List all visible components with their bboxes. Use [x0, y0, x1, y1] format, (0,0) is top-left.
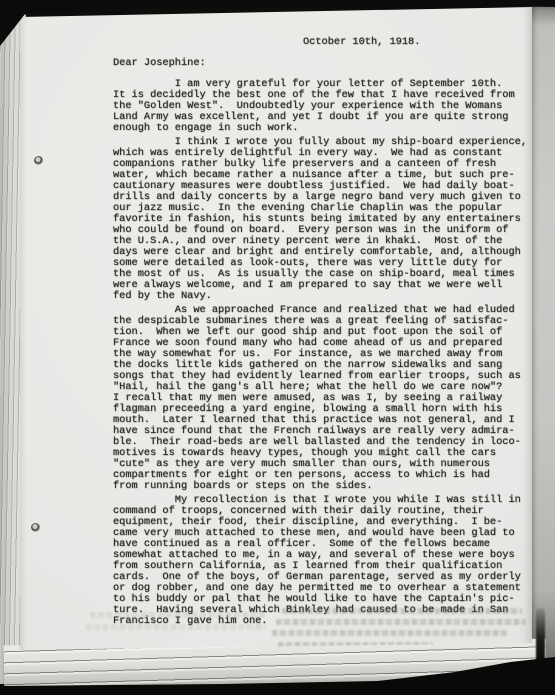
letter-salutation: Dear Josephine: [113, 58, 206, 69]
punch-hole-bottom [31, 523, 40, 532]
bleed-through-line [282, 608, 522, 614]
punch-hole-top [34, 156, 43, 165]
letter-date: October 10th, 1918. [303, 37, 420, 48]
bleed-through-line [276, 619, 526, 625]
letter-paragraph-3: As we approached France and realized tha… [113, 305, 521, 492]
letter-paragraph-1: I am very grateful for your letter of Se… [113, 79, 515, 134]
page-corner-curl-shadow [536, 608, 545, 666]
bleed-through-line [272, 630, 507, 636]
bleed-through-line [90, 612, 265, 618]
page-stack-right-edge [530, 0, 555, 695]
letter-page: October 10th, 1918. Dear Josephine: I am… [20, 4, 532, 654]
letter-paragraph-2: I think I wrote you fully about my ship-… [113, 137, 527, 302]
bleed-through-line [86, 624, 266, 630]
scanned-letter-screenshot: October 10th, 1918. Dear Josephine: I am… [0, 0, 555, 695]
